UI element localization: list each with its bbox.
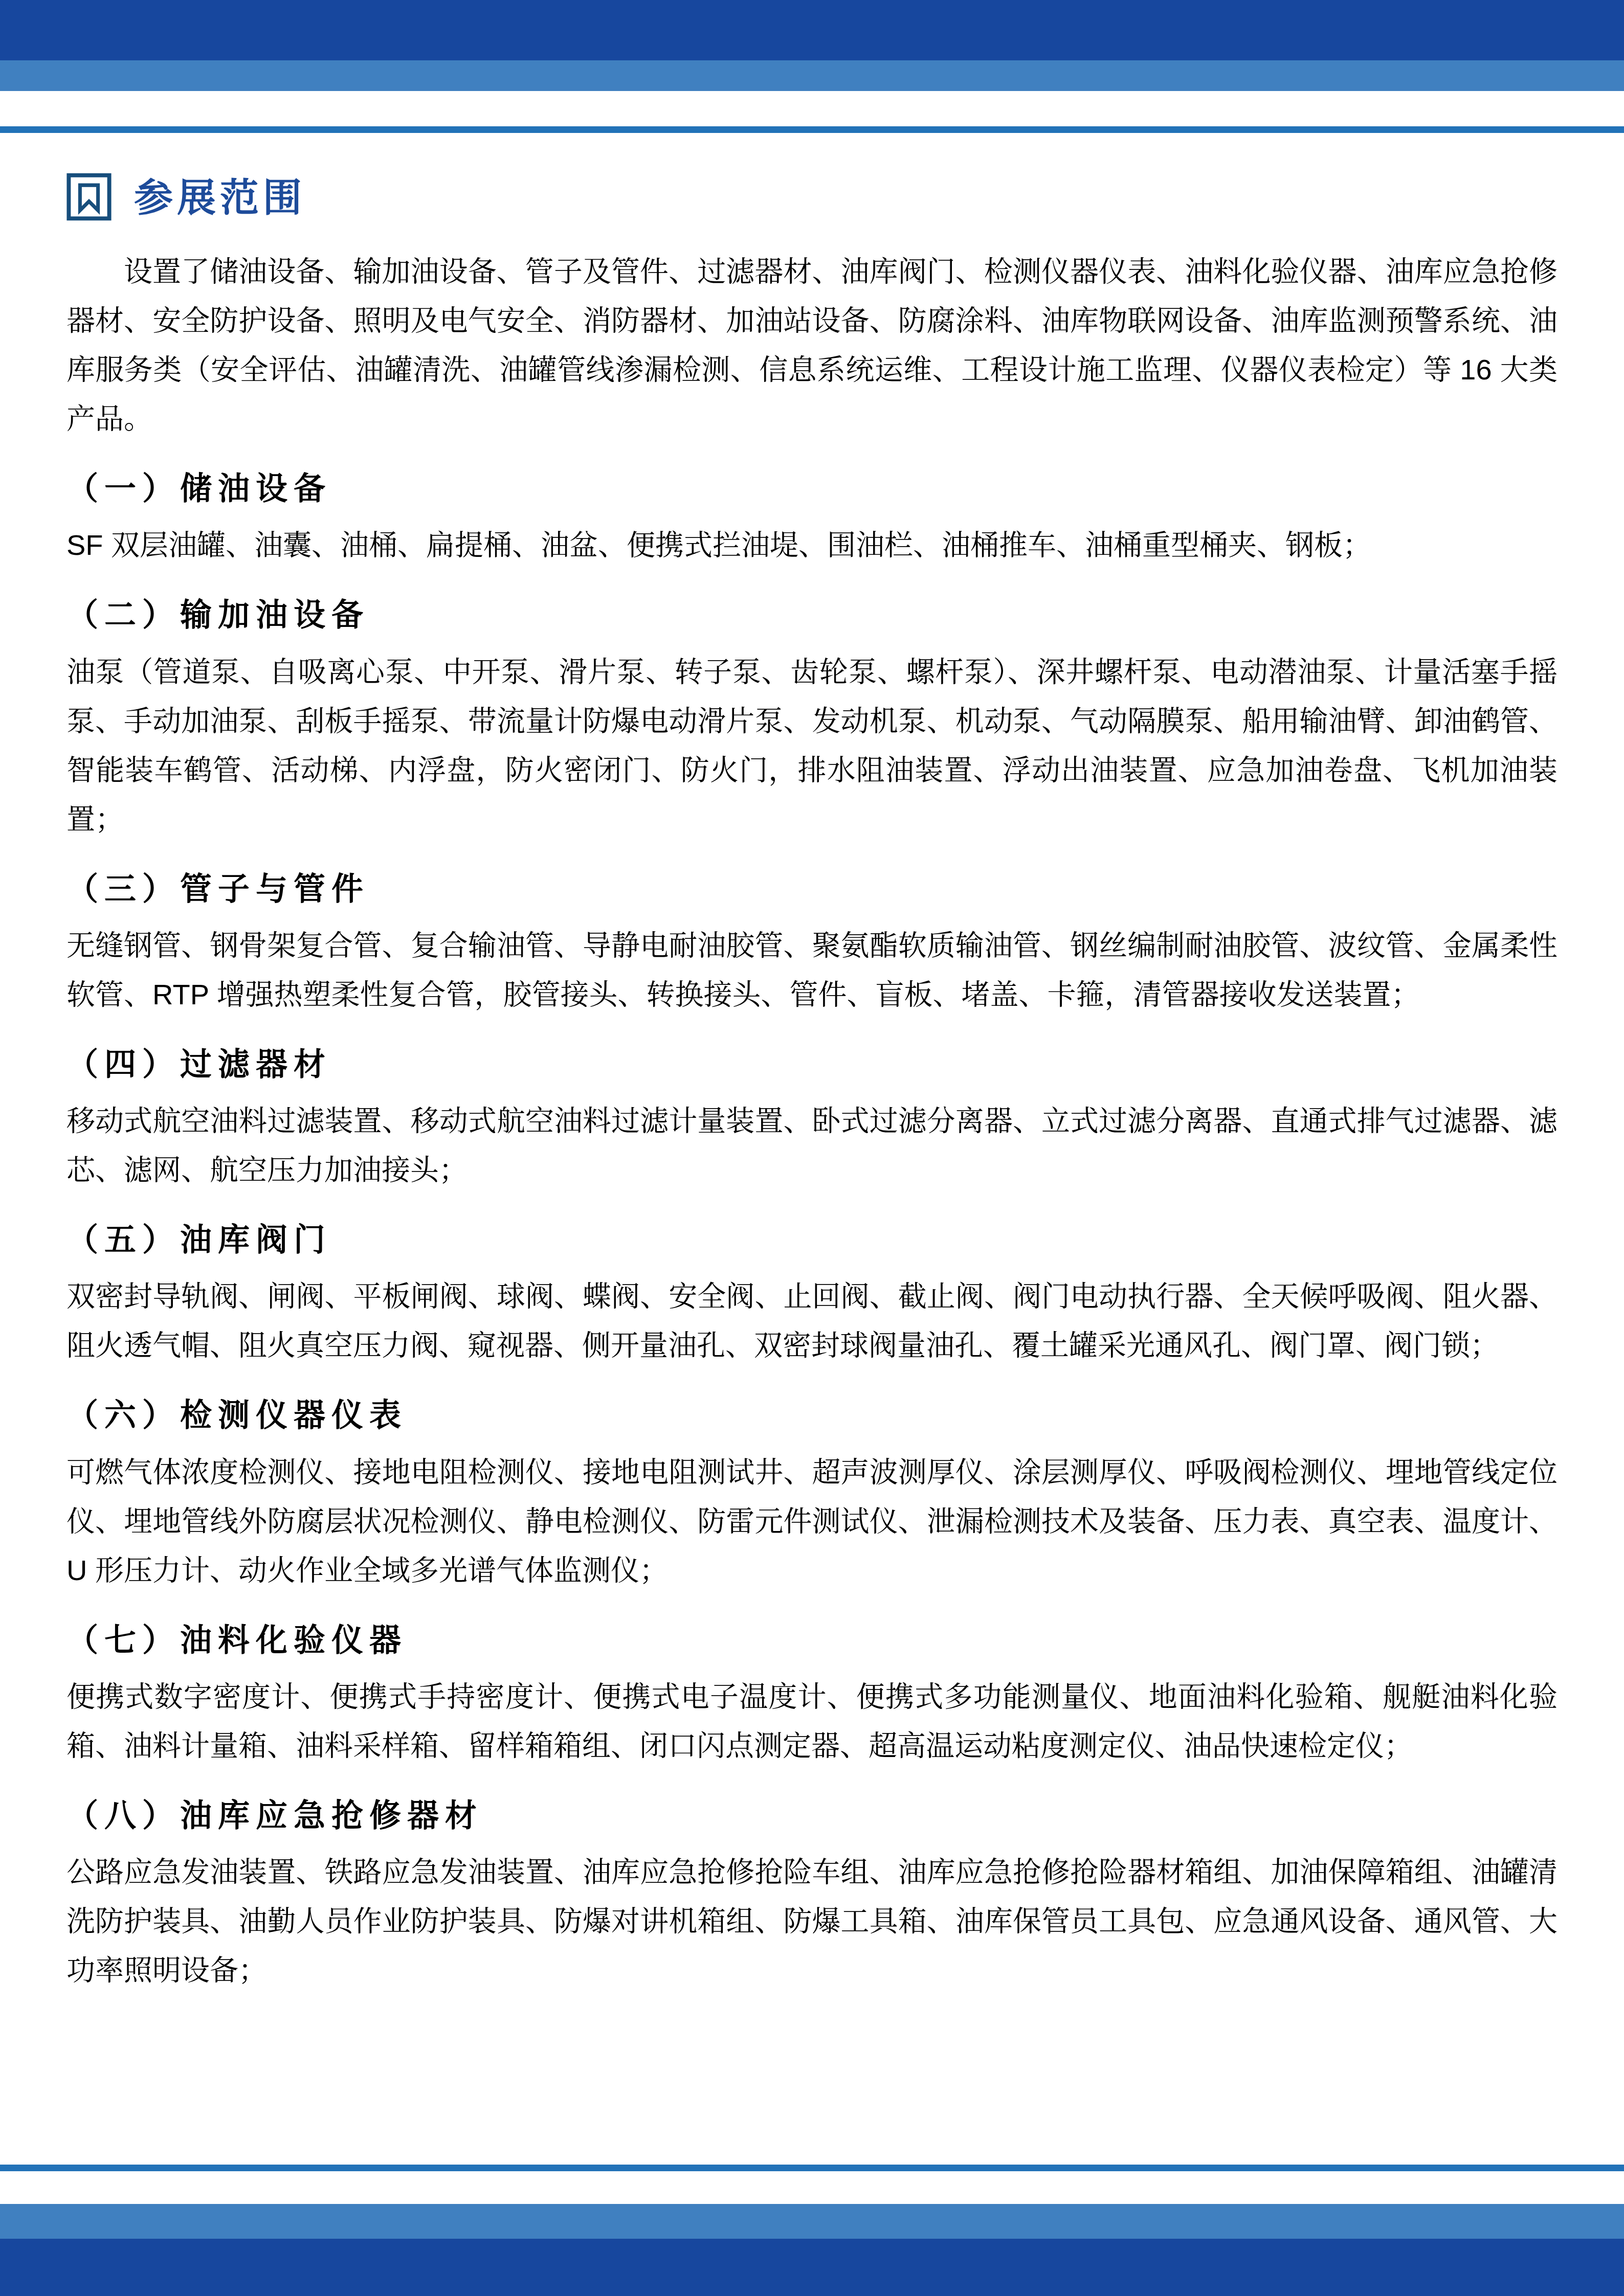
section-body: 双密封导轨阀、闸阀、平板闸阀、球阀、蝶阀、安全阀、止回阀、截止阀、阀门电动执行器… (66, 1272, 1558, 1370)
bottom-divider-rule (0, 2165, 1624, 2171)
section-body: SF 双层油罐、油囊、油桶、扁提桶、油盆、便携式拦油堤、围油栏、油桶推车、油桶重… (66, 521, 1558, 570)
top-divider-rule (0, 126, 1624, 133)
bottom-band-dark (0, 2239, 1624, 2296)
section-body: 可燃气体浓度检测仪、接地电阻检测仪、接地电阻测试井、超声波测厚仪、涂层测厚仪、呼… (66, 1448, 1558, 1595)
top-band-medium (0, 60, 1624, 91)
section-heading: （八）油库应急抢修器材 (66, 1798, 1558, 1834)
page-content: 参展范围 设置了储油设备、输加油设备、管子及管件、过滤器材、油库阀门、检测仪器仪… (66, 173, 1558, 1995)
section-heading: （七）油料化验仪器 (66, 1623, 1558, 1659)
section-body: 油泵（管道泵、自吸离心泵、中开泵、滑片泵、转子泵、齿轮泵、螺杆泵）、深井螺杆泵、… (66, 647, 1558, 844)
section-body: 公路应急发油装置、铁路应急发油装置、油库应急抢修抢险车组、油库应急抢修抢险器材箱… (66, 1848, 1558, 1995)
section: （四）过滤器材 移动式航空油料过滤装置、移动式航空油料过滤计量装置、卧式过滤分离… (66, 1047, 1558, 1195)
bookmark-icon (66, 173, 112, 223)
section: （五）油库阀门 双密封导轨阀、闸阀、平板闸阀、球阀、蝶阀、安全阀、止回阀、截止阀… (66, 1222, 1558, 1370)
section: （二）输加油设备 油泵（管道泵、自吸离心泵、中开泵、滑片泵、转子泵、齿轮泵、螺杆… (66, 597, 1558, 843)
section-body: 移动式航空油料过滤装置、移动式航空油料过滤计量装置、卧式过滤分离器、立式过滤分离… (66, 1096, 1558, 1195)
section-heading: （一）储油设备 (66, 471, 1558, 507)
section: （八）油库应急抢修器材 公路应急发油装置、铁路应急发油装置、油库应急抢修抢险车组… (66, 1798, 1558, 1995)
section-body: 无缝钢管、钢骨架复合管、复合输油管、导静电耐油胶管、聚氨酯软质输油管、钢丝编制耐… (66, 921, 1558, 1019)
section-heading: （二）输加油设备 (66, 597, 1558, 634)
section-heading: （四）过滤器材 (66, 1047, 1558, 1083)
section: （七）油料化验仪器 便携式数字密度计、便携式手持密度计、便携式电子温度计、便携式… (66, 1623, 1558, 1770)
section: （六）检测仪器仪表 可燃气体浓度检测仪、接地电阻检测仪、接地电阻测试井、超声波测… (66, 1398, 1558, 1594)
top-band-dark (0, 0, 1624, 60)
page-title: 参展范围 (134, 176, 306, 220)
section-heading: （五）油库阀门 (66, 1222, 1558, 1258)
section: （三）管子与管件 无缝钢管、钢骨架复合管、复合输油管、导静电耐油胶管、聚氨酯软质… (66, 871, 1558, 1019)
title-row: 参展范围 (66, 173, 1558, 223)
brochure-page: 参展范围 设置了储油设备、输加油设备、管子及管件、过滤器材、油库阀门、检测仪器仪… (0, 0, 1624, 2296)
bottom-band-medium (0, 2204, 1624, 2239)
section-body: 便携式数字密度计、便携式手持密度计、便携式电子温度计、便携式多功能测量仪、地面油… (66, 1672, 1558, 1770)
section-heading: （三）管子与管件 (66, 871, 1558, 908)
section: （一）储油设备 SF 双层油罐、油囊、油桶、扁提桶、油盆、便携式拦油堤、围油栏、… (66, 471, 1558, 570)
intro-paragraph: 设置了储油设备、输加油设备、管子及管件、过滤器材、油库阀门、检测仪器仪表、油料化… (66, 247, 1558, 443)
section-heading: （六）检测仪器仪表 (66, 1398, 1558, 1434)
